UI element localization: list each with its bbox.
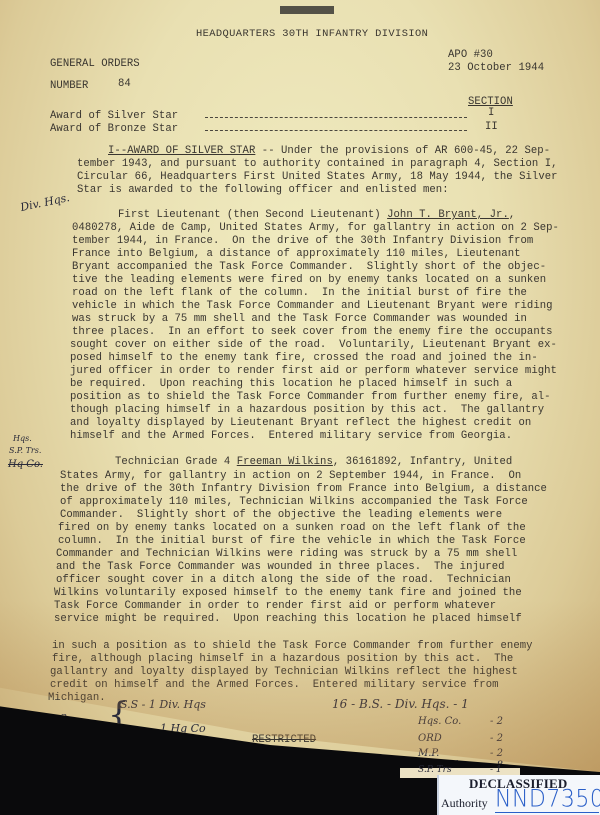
citation-1-line: Bryant accompanied the Task Force Comman… xyxy=(72,261,546,274)
citation-2-line: States Army, for gallantry in action on … xyxy=(60,470,521,483)
citation-2-line: of approximately 110 miles, Technician W… xyxy=(60,496,528,509)
section-1-heading: I--AWARD OF SILVER STAR xyxy=(108,145,255,157)
section-1-intro-line: Circular 66, Headquarters First United S… xyxy=(77,171,558,184)
citation-1-line: three places. In an effort to seek cover… xyxy=(72,326,553,339)
document-header: HEADQUARTERS 30TH INFANTRY DIVISION xyxy=(196,28,428,41)
bs-list-unit: S.P. Trs xyxy=(418,765,452,775)
citation-1-line: posed himself to the enemy tank fire, cr… xyxy=(70,352,538,365)
page-number: - 1 - xyxy=(272,748,308,761)
citation-1-line: be required. Upon reaching this location… xyxy=(70,378,512,391)
number-label: NUMBER xyxy=(50,80,88,93)
section-1-intro-line: Star is awarded to the following officer… xyxy=(77,184,449,197)
citation-1-line: though placing himself in a hazardous po… xyxy=(70,404,544,417)
stamp-authority-label: Authority xyxy=(441,796,488,811)
citation-1-line: vehicle in which the Task Force Commande… xyxy=(72,300,553,313)
number-value: 84 xyxy=(118,78,131,91)
contents-item-1: Award of Silver Star xyxy=(50,110,178,123)
citation-1-line: tive the leading elements were fired on … xyxy=(72,274,546,287)
margin-note-hqs: Hqs. xyxy=(13,434,32,443)
contents-item-2: Award of Bronze Star xyxy=(50,123,178,136)
citation-1-line: sought cover on either side of the road.… xyxy=(70,339,557,352)
redacted-classification-top xyxy=(280,6,334,14)
stamp-underline xyxy=(495,812,599,813)
citation-1-line: jured officer in order to render first a… xyxy=(70,365,557,378)
citation-1-line: 0480278, Aide de Camp, United States Arm… xyxy=(72,222,559,235)
citation-2-line: and the Task Force Commander was wounded… xyxy=(56,561,505,574)
citation-1-lead: First Lieutenant (then Second Lieutenant… xyxy=(118,209,515,222)
citation-2-line: Commander and Technician Wilkins were ri… xyxy=(56,548,517,561)
contents-section-1: I xyxy=(488,107,494,120)
citation-1-line: tember 1944, in France. On the drive of … xyxy=(72,235,533,248)
leader-line xyxy=(205,130,467,131)
ss-list-line: 1 Hq Co xyxy=(160,722,206,735)
section-1-intro-line-1: I--AWARD OF SILVER STAR -- Under the pro… xyxy=(108,145,550,158)
citation-2-lead: Technician Grade 4 Freeman Wilkins, 3616… xyxy=(115,456,512,469)
recipient-name: John T. Bryant, Jr. xyxy=(387,209,509,221)
margin-note-div-hqs: Div. Hqs. xyxy=(19,191,71,214)
citation-1-line: position as to shield the Task Force Com… xyxy=(70,391,551,404)
margin-note-hq-co: Hq Co. xyxy=(8,459,43,470)
citation-2-line: Wilkins voluntarily exposed himself to t… xyxy=(54,587,522,600)
contents-section-2: II xyxy=(485,121,498,134)
declassified-stamp: DECLASSIFIED Authority NND735017 xyxy=(437,775,600,815)
handwritten-number: 3 xyxy=(60,712,67,725)
apo: APO #30 xyxy=(448,49,493,62)
ss-list-line: 1 S.P. Trs. xyxy=(160,745,215,758)
bs-list-count: - 1 xyxy=(490,765,502,775)
citation-1-line: France into Belgium, a distance of appro… xyxy=(72,248,521,261)
document-date: 23 October 1944 xyxy=(448,62,544,75)
margin-note-sp-trs: S.P. Trs. xyxy=(9,446,41,455)
citation-2-line: Commander. Slightly short of the objecti… xyxy=(60,509,502,522)
leader-line xyxy=(205,117,467,118)
citation-1-line: was struck by a 75 mm shell and the Task… xyxy=(72,313,527,326)
general-orders-label: GENERAL ORDERS xyxy=(50,58,140,71)
citation-1-line: road on the left flank of the column. In… xyxy=(72,287,527,300)
section-1-intro-line: tember 1943, and pursuant to authority c… xyxy=(77,158,558,171)
stamp-authority-number: NND735017 xyxy=(495,786,600,814)
citation-1-line: and loyalty displayed by Lieutenant Brya… xyxy=(70,417,531,430)
citation-2-line: officer sought cover in a ditch along th… xyxy=(56,574,511,587)
citation-2-line: the drive of the 30th Infantry Division … xyxy=(60,483,547,496)
citation-2-line: column. In the initial burst of fire the… xyxy=(58,535,526,548)
citation-1-line: himself and the Armed Forces. Entered mi… xyxy=(70,430,512,443)
citation-2-line: fired on by enemy tanks located on a sun… xyxy=(58,522,526,535)
recipient-name: Freeman Wilkins xyxy=(237,456,333,468)
